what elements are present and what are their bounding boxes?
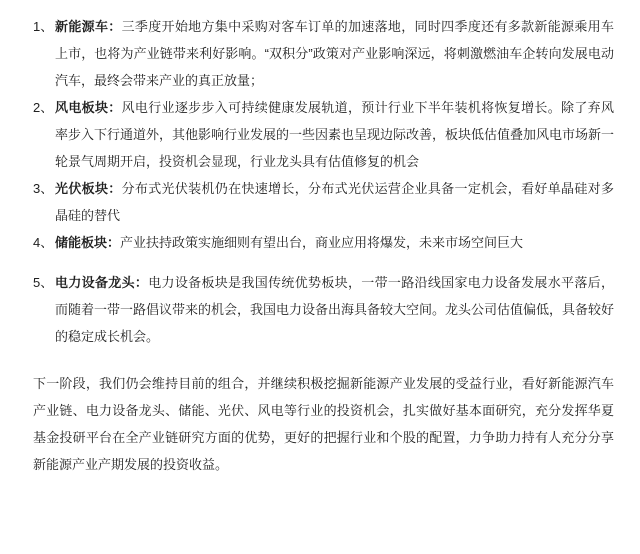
item-text: 三季度开始地方集中采购对客车订单的加速落地，同时四季度还有多款新能源乘用车上市，… [55, 19, 614, 88]
numbered-list: 1、新能源车：三季度开始地方集中采购对客车订单的加速落地，同时四季度还有多款新能… [33, 13, 614, 350]
document-body: 1、新能源车：三季度开始地方集中采购对客车订单的加速落地，同时四季度还有多款新能… [0, 0, 640, 554]
item-number: 5、 [33, 269, 53, 296]
item-term: 光伏板块： [55, 181, 122, 196]
item-number: 4、 [33, 229, 53, 256]
item-number: 1、 [33, 13, 53, 40]
item-term: 储能板块： [55, 235, 120, 250]
item-text: 风电行业逐步步入可持续健康发展轨道，预计行业下半年装机将恢复增长。除了弃风率步入… [55, 100, 614, 169]
item-number: 3、 [33, 175, 53, 202]
list-item-photovoltaic: 3、光伏板块：分布式光伏装机仍在快速增长，分布式光伏运营企业具备一定机会，看好单… [33, 175, 614, 229]
item-term: 电力设备龙头： [55, 275, 148, 290]
item-term: 新能源车： [55, 19, 122, 34]
list-item-energy-storage: 4、储能板块：产业扶持政策实施细则有望出台，商业应用将爆发，未来市场空间巨大 [33, 229, 614, 256]
item-text: 分布式光伏装机仍在快速增长，分布式光伏运营企业具备一定机会，看好单晶硅对多晶硅的… [55, 181, 614, 223]
item-text: 产业扶持政策实施细则有望出台，商业应用将爆发，未来市场空间巨大 [120, 235, 523, 250]
list-item-power-equipment-leaders: 5、电力设备龙头：电力设备板块是我国传统优势板块，一带一路沿线国家电力设备发展水… [33, 269, 614, 350]
closing-paragraph: 下一阶段，我们仍会维持目前的组合，并继续积极挖掘新能源产业发展的受益行业，看好新… [33, 370, 614, 478]
list-item-wind-power: 2、风电板块：风电行业逐步步入可持续健康发展轨道，预计行业下半年装机将恢复增长。… [33, 94, 614, 175]
item-term: 风电板块： [55, 100, 122, 115]
item-number: 2、 [33, 94, 53, 121]
list-item-new-energy-vehicles: 1、新能源车：三季度开始地方集中采购对客车订单的加速落地，同时四季度还有多款新能… [33, 13, 614, 94]
